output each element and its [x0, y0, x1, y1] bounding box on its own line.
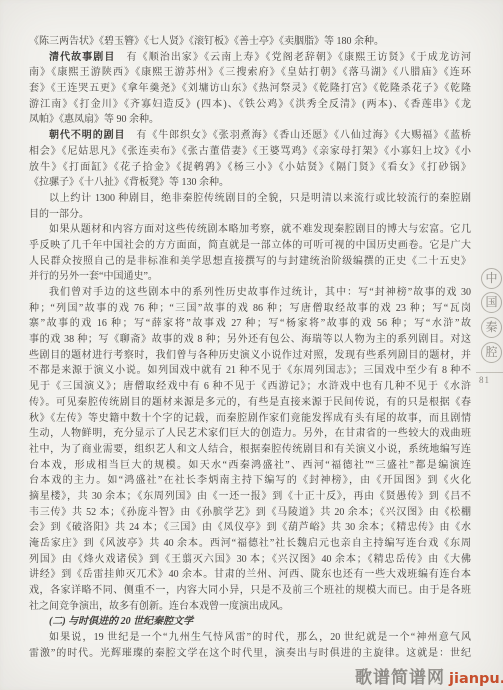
text-line: 凤帕》《惠凤扇》等 90 余种。	[29, 112, 471, 128]
spine-char: 中	[481, 268, 502, 289]
spine-char: 国	[481, 292, 502, 313]
spine-divider	[476, 372, 503, 373]
text-line: 些剧目的题材进行考察时，我们曾与各种历史演义小说作过对照，发现有些系列剧目的题材…	[29, 348, 471, 364]
text-line: 韦三传》共 52 本；《孙庞斗智》由《孙膑学艺》到《马陵道》共 20 余本；《兴…	[29, 505, 471, 521]
spine-char: 秦	[481, 317, 502, 338]
text-line: 我们曾对手边的这些剧本中的系列性历史故事作过统计，其中：写“封神榜”故事的戏 3…	[29, 285, 471, 301]
text-line: 并行的另外一套“中国通史”。	[29, 269, 471, 285]
spine-char: 腔	[481, 342, 502, 363]
section-heading: 清代故事剧目	[49, 52, 115, 63]
text-line: 生动，人物鲜明，充分显示了人民艺术家们巨大的创造力。另外，在甘肃省的一些较大的戏…	[29, 426, 471, 442]
text-line: 目的一部分。	[29, 207, 471, 223]
text-line: 讲经》到《岳雷挂帅灭兀术》40 余本。甘肃的兰州、河西、陇东也还有一些大戏班编有…	[29, 567, 471, 583]
text-line: 不都是来源于演义小说。如列国戏中就有 21 种不见于《东周列国志》；三国戏中至少…	[29, 363, 471, 379]
text-line: 摘星楼》，共 30 余本；《东周列国》由《一还一报》到《十正十反》，再由《贤愚传…	[29, 489, 471, 505]
text-line: 传》。可见秦腔传统剧目的题材来源是多元的，有些是直接来源于民间传说，有的只是根据…	[29, 395, 471, 411]
section-heading: 朝代不明的剧目	[49, 130, 125, 141]
page-number: 81	[479, 375, 490, 385]
text-line: 以上约计 1300 种剧目，绝非秦腔传统剧目的全貌，只是明清以来流行或比较流行的…	[29, 191, 471, 207]
watermark: 歌谱简谱网 jianpu.cn	[355, 663, 503, 688]
text-line: 《陈三两告状》《碧玉簪》《七人贤》《滚钉板》《善士亭》《卖胭脂》等 180 余种…	[29, 34, 471, 50]
text-line: 乎反映了几千年中国社会的方方面面，简直就是一部立体的可听可视的中国历史画卷。它是…	[29, 238, 471, 254]
text-line: 南》《康熙王游陕西》《康熙王游苏州》《三搜索府》《皇姑打朝》《落马湖》《八腊庙》…	[29, 65, 471, 81]
text-line: 清代故事剧目 有《顺治出家》《云南上寿》《党阁老辞朝》《康熙王访贤》《于成龙访河	[29, 50, 471, 66]
text-line: 见于《三国演义》；唐僧取经戏中有 6 种不见于《西游记》；水浒戏中也有几种不见于…	[29, 379, 471, 395]
watermark-site-name: 歌谱简谱网	[355, 668, 445, 687]
watermark-site-url: jianpu.cn	[449, 671, 503, 687]
text-line: (二) 与时俱进的 20 世纪秦腔文学	[29, 614, 471, 630]
text-line: 游江南》《打金川》《齐寡妇造反》(四本)、《铁公鸡》《洪秀全反清》(两本)、《香…	[29, 97, 471, 113]
text-line: 社中，为了商业需要，组织艺人和文人结合，根据秦腔传统剧目和有关演义小说，系统地编…	[29, 442, 471, 458]
text-line: 淹岳家庄》到《风波亭》共 40 余本。西河“福德社”社长魏启元也亲自主持编写连台…	[29, 536, 471, 552]
text-line: 事的戏 38 种；写《聊斋》故事的戏 8 种；另外还有包公、海瑞等以人物为主的系…	[29, 332, 471, 348]
text-line: 如果从题材和内容方面对这些传统剧本略加考察，就不难发现秦腔剧目的博大与宏富。它几	[29, 222, 471, 238]
book-page: 《陈三两告状》《碧玉簪》《七人贤》《滚钉板》《善士亭》《卖胭脂》等 180 余种…	[0, 0, 503, 690]
text-line: 秋》《左传》等史籍中数十个字的记载，而秦腔剧作家们竟能发挥成有头有尾的故事，而且…	[29, 411, 471, 427]
text-line: 相会》《尼姑思凡》《张连卖布》《张古董借妻》《王婆骂鸡》《亲家母打架》《小寡妇上…	[29, 144, 471, 160]
text-line: 会》到《破洛阳》共 24 本；《三国》由《凤仪亭》到《葫芦峪》共 30 余本；《…	[29, 520, 471, 536]
text-line: 寨”故事的戏 16 种；写“薛家将”故事戏 27 种；写“杨家将”故事的戏 56…	[29, 316, 471, 332]
text-line: 台本戏，形成相当巨大的规模。如天水“西秦鸿盛社”、西河“福德社”“三盛社”都是编…	[29, 458, 471, 474]
text-line: 人民群众按照自己的是非标准和美学思想直接撰写的与封建统治阶级编撰的正史《二十五史…	[29, 254, 471, 270]
text-block: 《陈三两告状》《碧玉簪》《七人贤》《滚钉板》《善士亭》《卖胭脂》等 180 余种…	[29, 34, 471, 662]
text-line: 列国》由《烽火戏诸侯》到《王翦灭六国》30 本；《兴汉图》40 余本；《精忠岳传…	[29, 552, 471, 568]
text-line: 台本戏的主力。如“鸿盛社”在社长李炳南主持下编写的《封神榜》，由《开国图》到《火…	[29, 473, 471, 489]
text-line: 种；“列国”故事的戏 76 种；“三国”故事的戏 86 种；写唐僧取经故事的戏 …	[29, 301, 471, 317]
text-line: 戏，各家详略不同、侧重不一，内容大同小异，只是不及前三个班社的规模大而已。由于是…	[29, 583, 471, 599]
text-line: 套》《王连哭五更》《拿年羹尧》《刘墉访山东》《热河祭灵》《乾隆打宫》《乾隆杀花子…	[29, 81, 471, 97]
text-line: 朝代不明的剧目 有《牛郎织女》《张羽煮海》《香山还愿》《八仙过海》《大赐福》《蓝…	[29, 128, 471, 144]
text-line: 如果说，19 世纪是一个“九州生气恃风雷”的时代，那么，20 世纪就是一个“神州…	[29, 630, 471, 646]
text-line: 社之间竞争演出，故多有创新。连台本戏曾一度演出成风。	[29, 599, 471, 615]
text-line: 放牛》《打面缸》《花子拾金》《捉鹌鹑》《杨三小》《小姑贤》《隔门贤》《看女》《打…	[29, 160, 471, 176]
text-line: 《拉骡子》《十八扯》《背板凳》等 130 余种。	[29, 175, 471, 191]
text-line: 雷激”的时代。光辉璀璨的秦腔文学在这个时代里，演奏出与时俱进的主旋律。这就是：世…	[29, 646, 471, 662]
